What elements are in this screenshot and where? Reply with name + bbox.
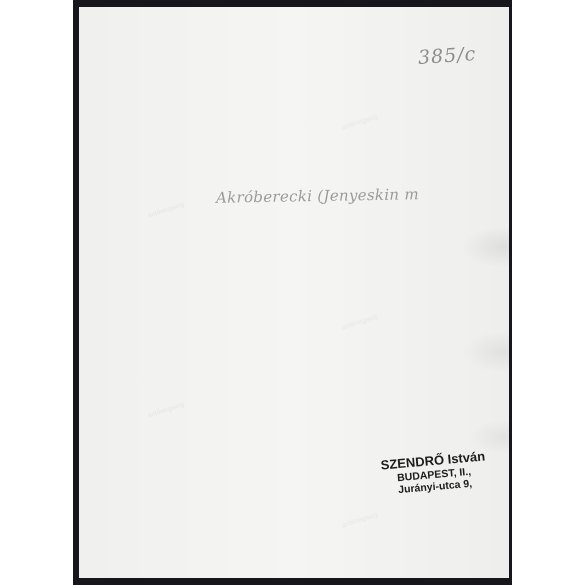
- watermark: antikregiseg: [341, 511, 379, 529]
- photographer-stamp: SZENDRŐ István BUDAPEST, II., Jurányi-ut…: [353, 447, 516, 500]
- watermark: antikregiseg: [341, 113, 379, 131]
- watermark: antikregiseg: [147, 401, 185, 419]
- handwritten-note: Akróberecki (Jenyeskin m: [216, 185, 419, 207]
- photo-back-paper: 385/c Akróberecki (Jenyeskin m antikregi…: [79, 7, 509, 578]
- watermark: antikregiseg: [341, 313, 379, 331]
- catalog-number: 385/c: [417, 43, 477, 69]
- watermark: antikregiseg: [147, 201, 185, 219]
